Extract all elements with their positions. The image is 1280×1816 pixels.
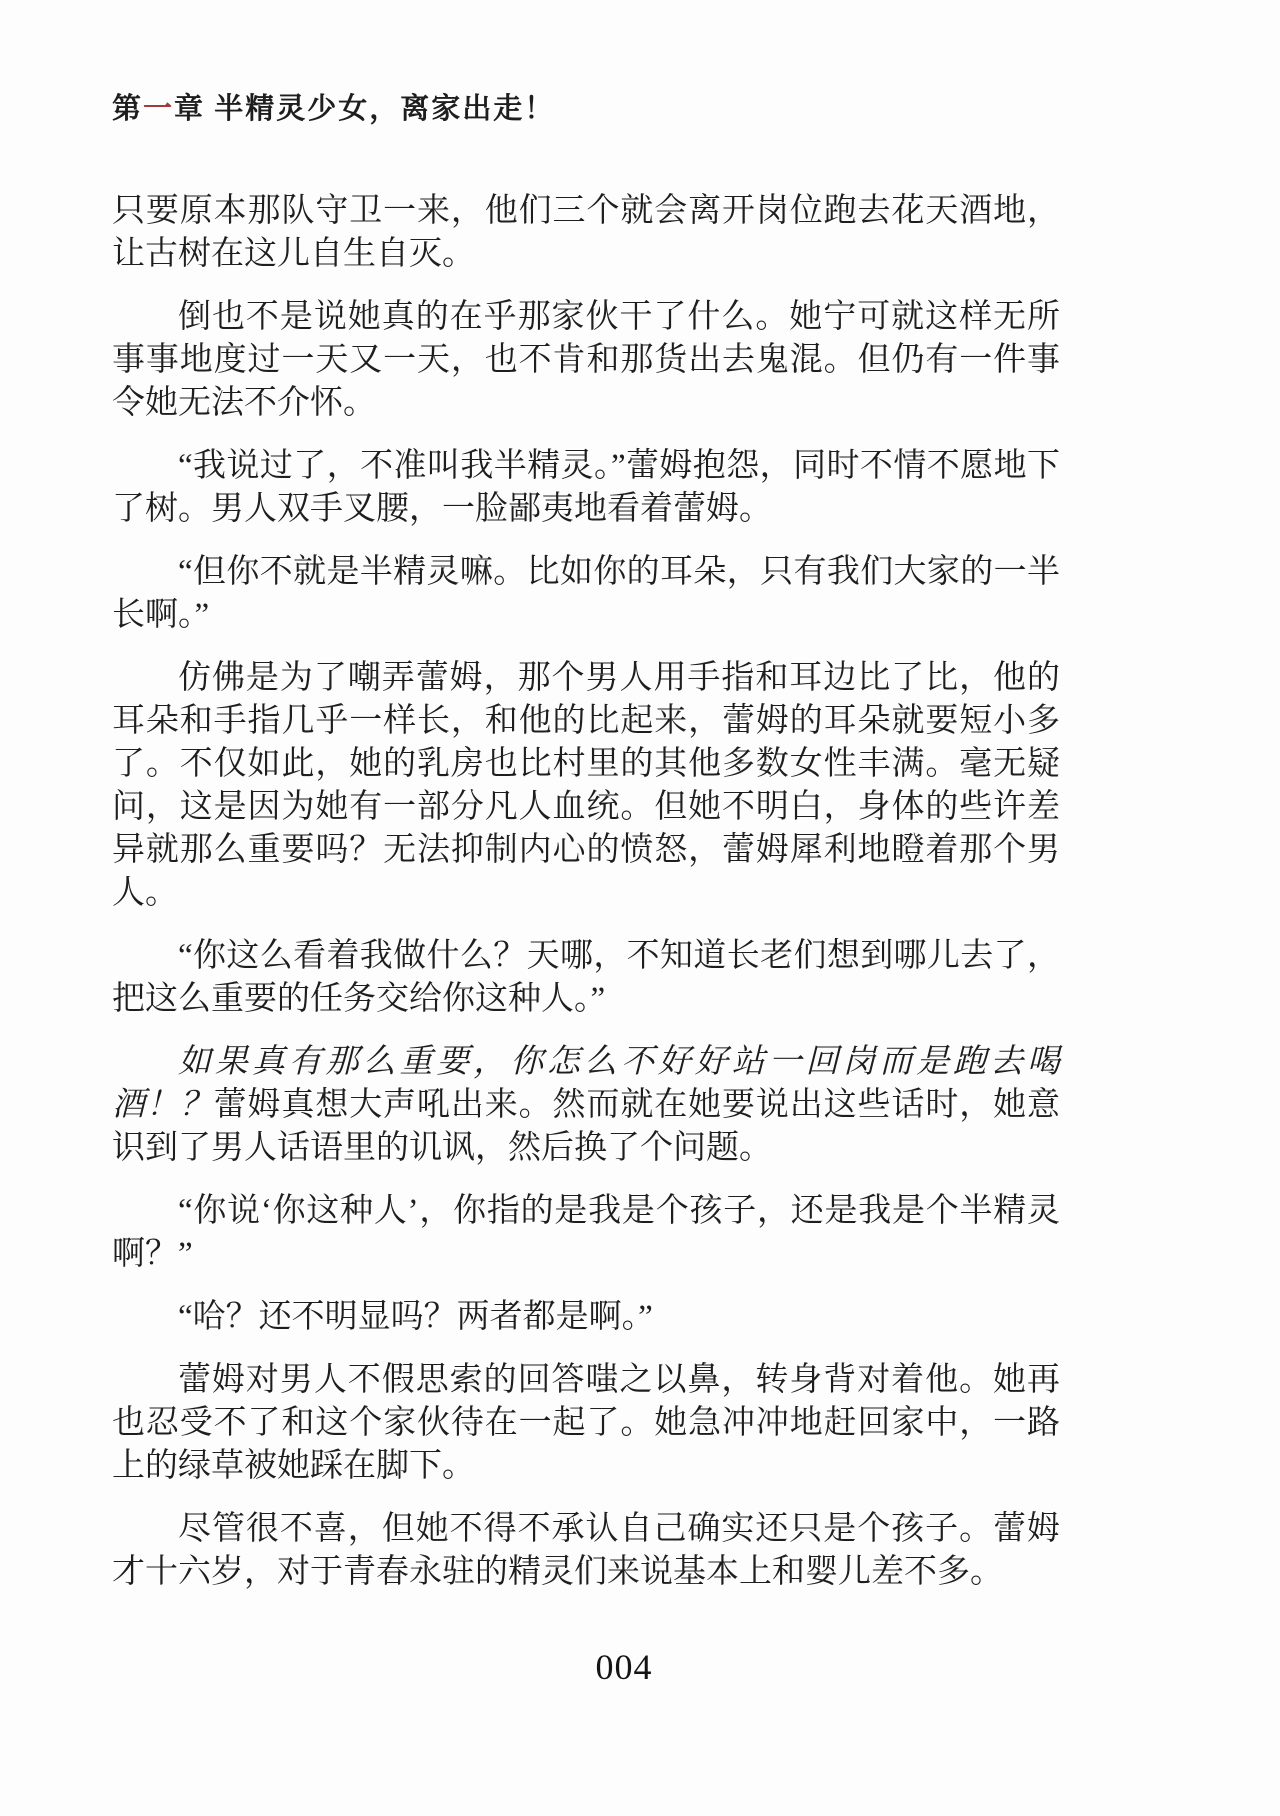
page-footer: 004 [0, 1646, 1248, 1688]
paragraph: 尽管很不喜，但她不得不承认自己确实还只是个孩子。蕾姆才十六岁，对于青春永驻的精灵… [112, 1508, 1060, 1594]
body-text: 只要原本那队守卫一来，他们三个就会离开岗位跑去花天酒地，让古树在这儿自生自灭。 … [112, 190, 1060, 1614]
paragraph: “你这么看着我做什么？天哪，不知道长老们想到哪儿去了，把这么重要的任务交给你这种… [112, 935, 1060, 1021]
paragraph: “哈？还不明显吗？两者都是啊。” [112, 1296, 1060, 1339]
paragraph: “但你不就是半精灵嘛。比如你的耳朵，只有我们大家的一半长啊。” [112, 551, 1060, 637]
paragraph: 只要原本那队守卫一来，他们三个就会离开岗位跑去花天酒地，让古树在这儿自生自灭。 [112, 190, 1060, 276]
paragraph: “你说‘你这种人’，你指的是我是个孩子，还是我是个半精灵啊？” [112, 1190, 1060, 1276]
page-number: 004 [596, 1647, 653, 1687]
chapter-title-prefix: 第 [112, 93, 143, 125]
paragraph: “我说过了，不准叫我半精灵。”蕾姆抱怨，同时不情不愿地下了树。男人双手叉腰，一脸… [112, 445, 1060, 531]
paragraph-continuation: 蕾姆真想大声吼出来。然而就在她要说出这些话时，她意识到了男人话语里的讥讽，然后换… [112, 1087, 1060, 1166]
chapter-title-rest: 章 半精灵少女，离家出走！ [174, 93, 555, 125]
paragraph: 蕾姆对男人不假思索的回答嗤之以鼻，转身背对着他。她再也忍受不了和这个家伙待在一起… [112, 1359, 1060, 1488]
book-page: 第一章 半精灵少女，离家出走！ 只要原本那队守卫一来，他们三个就会离开岗位跑去花… [0, 0, 1280, 1816]
paragraph: 仿佛是为了嘲弄蕾姆，那个男人用手指和耳边比了比，他的耳朵和手指几乎一样长，和他的… [112, 657, 1060, 915]
chapter-title: 第一章 半精灵少女，离家出走！ [112, 86, 555, 127]
paragraph: 如果真有那么重要，你怎么不好好站一回岗而是跑去喝酒！？蕾姆真想大声吼出来。然而就… [112, 1041, 1060, 1170]
chapter-number: 一 [143, 93, 174, 125]
paragraph: 倒也不是说她真的在乎那家伙干了什么。她宁可就这样无所事事地度过一天又一天，也不肯… [112, 296, 1060, 425]
